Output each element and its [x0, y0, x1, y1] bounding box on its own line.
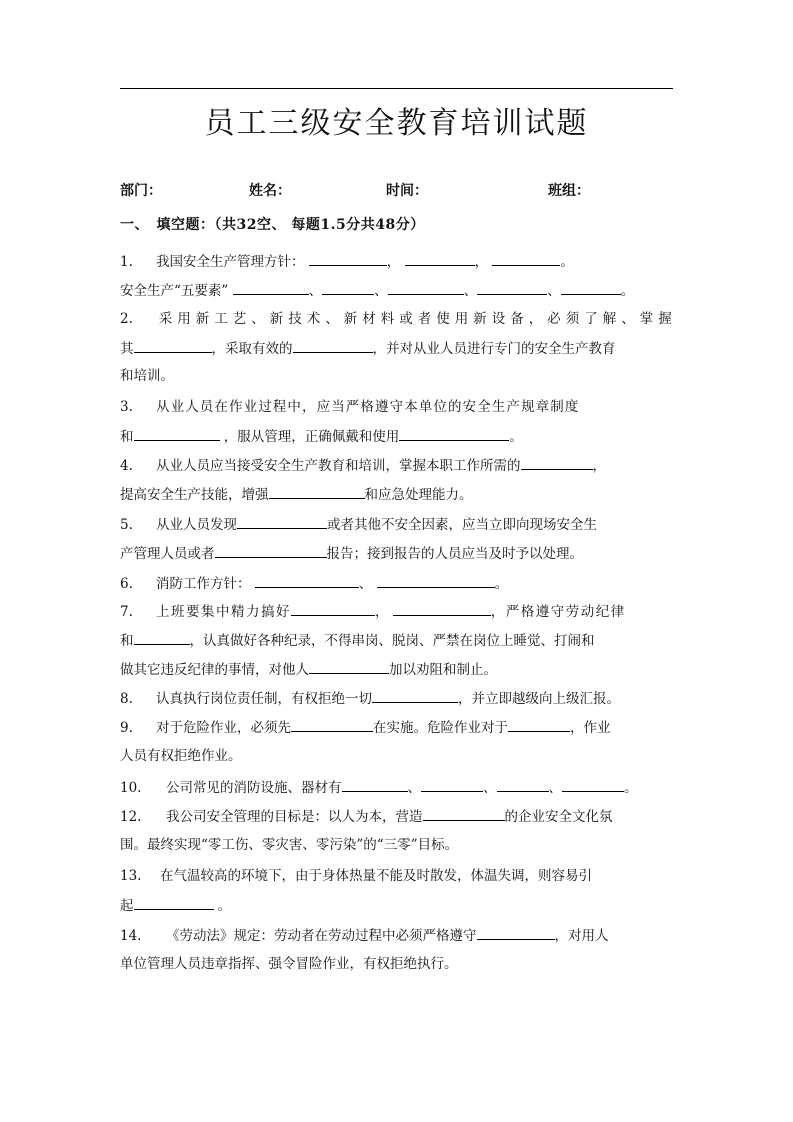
blank[interactable]: [134, 426, 220, 441]
text: 、: [464, 283, 478, 299]
text: 人员有权拒绝作业。: [120, 748, 242, 764]
blank[interactable]: [388, 280, 464, 295]
text: 加以劝阻和制止。: [389, 662, 497, 678]
question-number: 14.: [120, 926, 166, 946]
text: 对于危险作业，必须先: [156, 720, 291, 736]
text: 做其它违反纪律的事情，对他人: [120, 662, 309, 678]
blank[interactable]: [399, 426, 509, 441]
question-number: 3.: [120, 397, 156, 417]
text: ，: [375, 604, 389, 620]
blank[interactable]: [508, 717, 570, 732]
text: 报告；接到报告的人员应当及时予以处理。: [327, 546, 584, 562]
question-2: 2.采用新工艺、新技术、新材料或者使用新设备，必须了解、掌握: [120, 309, 674, 329]
text: 、: [549, 780, 563, 796]
question-number: 13.: [120, 866, 160, 886]
question-number: 9.: [120, 718, 156, 738]
question-number: 7.: [120, 602, 156, 622]
text: 上班要集中精力搞好: [156, 604, 291, 620]
text: 、: [547, 283, 561, 299]
blank[interactable]: [497, 777, 549, 792]
text: 采用新工艺、新技术、新材料或者使用新设备，必须了解、掌握: [156, 311, 674, 327]
blank[interactable]: [561, 280, 621, 295]
question-3: 3.从业人员在作业过程中，应当严格遵守本单位的安全生产规章制度: [120, 397, 674, 417]
text: ，作业: [570, 720, 611, 736]
question-1b: 安全生产“五要素” 、、、、。: [120, 280, 674, 301]
question-7-line-2: 和，认真做好各种纪录，不得串岗、脱岗、严禁在岗位上睡觉、打闹和: [120, 630, 674, 651]
text: 我国安全生产管理方针：: [156, 254, 305, 270]
page-title: 员工三级安全教育培训试题: [0, 98, 793, 142]
text: 和培训。: [120, 368, 174, 384]
question-14-line-2: 单位管理人员违章指挥、强令冒险作业，有权拒绝执行。: [120, 954, 674, 974]
blank[interactable]: [322, 280, 374, 295]
question-5-line-2: 产管理人员或者报告；接到报告的人员应当及时予以处理。: [120, 543, 674, 564]
blank[interactable]: [134, 630, 190, 645]
text: ，服从管理，正确佩戴和使用: [224, 429, 400, 445]
blank[interactable]: [477, 280, 547, 295]
question-9: 9.对于危险作业，必须先在实施。危险作业对于，作业: [120, 717, 674, 738]
question-9-line-2: 人员有权拒绝作业。: [120, 746, 674, 766]
text: ，: [475, 254, 489, 270]
text: 的企业安全文化氛: [505, 809, 613, 825]
text: 。: [509, 429, 523, 445]
blank[interactable]: [309, 659, 389, 674]
blank[interactable]: [492, 251, 560, 266]
text: 。: [624, 780, 638, 796]
text: 在气温较高的环境下，由于身体热量不能及时散发，体温失调，则容易引: [160, 868, 592, 884]
question-2-line-3: 和培训。: [120, 366, 674, 386]
blank[interactable]: [237, 514, 327, 529]
question-number: 10.: [120, 778, 166, 798]
text: 、: [374, 283, 388, 299]
question-12: 12.我公司安全管理的目标是：以人为本，营造的企业安全文化氛: [120, 806, 674, 827]
text: ，并立即越级向上级汇报。: [458, 691, 620, 707]
question-number: 1.: [120, 252, 156, 272]
section-heading: 一、 填空题：（共32空、 每题1.5分共48分）: [120, 214, 425, 234]
blank[interactable]: [291, 601, 375, 616]
text: 。: [560, 254, 574, 270]
text: 和: [120, 429, 134, 445]
question-3-line-2: 和 ，服从管理，正确佩戴和使用。: [120, 426, 674, 447]
text: 公司常见的消防设施、器材有: [166, 780, 342, 796]
blank[interactable]: [291, 717, 373, 732]
blank[interactable]: [293, 338, 373, 353]
text: 我公司安全管理的目标是：以人为本，营造: [166, 809, 423, 825]
blank[interactable]: [372, 688, 458, 703]
text: 。: [495, 576, 509, 592]
blank[interactable]: [342, 777, 408, 792]
blank[interactable]: [309, 251, 387, 266]
text: ，严格遵守劳动纪律: [491, 604, 626, 620]
question-5: 5.从业人员发现或者其他不安全因素，应当立即向现场安全生: [120, 514, 674, 535]
question-8: 8.认真执行岗位责任制，有权拒绝一切，并立即越级向上级汇报。: [120, 688, 674, 709]
field-time: 时间：: [386, 180, 428, 200]
question-number: 12.: [120, 807, 166, 827]
text: 安全生产“五要素”: [120, 283, 228, 299]
text: 、: [309, 283, 323, 299]
text: 从业人员发现: [156, 517, 237, 533]
text: 认真执行岗位责任制，有权拒绝一切: [156, 691, 372, 707]
text: 或者其他不安全因素，应当立即向现场安全生: [327, 517, 597, 533]
text: 。: [218, 898, 232, 914]
text: ，采取有效的: [212, 341, 293, 357]
question-13: 13.在气温较高的环境下，由于身体热量不能及时散发，体温失调，则容易引: [120, 866, 674, 886]
question-7-line-3: 做其它违反纪律的事情，对他人加以劝阻和制止。: [120, 659, 674, 680]
text: 消防工作方针：: [156, 576, 251, 592]
blank[interactable]: [233, 280, 309, 295]
text: ，: [593, 458, 607, 474]
text: 单位管理人员违章指挥、强令冒险作业，有权拒绝执行。: [120, 956, 458, 972]
text: 、: [408, 780, 422, 796]
question-14: 14.《劳动法》规定：劳动者在劳动过程中必须严格遵守，对用人: [120, 925, 674, 946]
field-team: 班组：: [548, 180, 590, 200]
header-rule: [120, 88, 673, 89]
blank[interactable]: [134, 895, 214, 910]
text: ，: [387, 254, 401, 270]
text: ，认真做好各种纪录，不得串岗、脱岗、严禁在岗位上睡觉、打闹和: [190, 633, 595, 649]
text: 《劳动法》规定：劳动者在劳动过程中必须严格遵守: [166, 928, 477, 944]
field-department: 部门：: [120, 180, 162, 200]
text: 起: [120, 898, 134, 914]
text: 提高安全生产技能，增强: [120, 487, 269, 503]
question-number: 4.: [120, 456, 156, 476]
text: 、: [483, 780, 497, 796]
question-2-line-2: 其，采取有效的，并对从业人员进行专门的安全生产教育: [120, 338, 674, 359]
blank[interactable]: [393, 601, 491, 616]
text: 从业人员应当接受安全生产教育和培训，掌握本职工作所需的: [156, 458, 521, 474]
question-4: 4.从业人员应当接受安全生产教育和培训，掌握本职工作所需的，: [120, 455, 674, 476]
question-6: 6.消防工作方针： 、 。: [120, 573, 674, 594]
text: 和: [120, 633, 134, 649]
question-13-line-2: 起 。: [120, 895, 674, 916]
blank[interactable]: [377, 573, 495, 588]
text: 。: [621, 283, 635, 299]
blank[interactable]: [134, 338, 212, 353]
question-1: 1.我国安全生产管理方针： ， ， 。: [120, 251, 674, 272]
text: 在实施。危险作业对于: [373, 720, 508, 736]
question-number: 2.: [120, 309, 156, 329]
text: 从业人员在作业过程中，应当严格遵守本单位的安全生产规章制度: [156, 399, 579, 415]
question-7: 7.上班要集中精力搞好， ，严格遵守劳动纪律: [120, 601, 674, 622]
question-4-line-2: 提高安全生产技能，增强和应急处理能力。: [120, 484, 674, 505]
text: ，对用人: [555, 928, 609, 944]
text: 其: [120, 341, 134, 357]
blank[interactable]: [405, 251, 475, 266]
text: ，并对从业人员进行专门的安全生产教育: [373, 341, 616, 357]
question-number: 6.: [120, 574, 156, 594]
blank[interactable]: [269, 484, 365, 499]
question-number: 8.: [120, 689, 156, 709]
blank[interactable]: [423, 806, 505, 821]
field-name: 姓名：: [249, 180, 291, 200]
text: 、: [359, 576, 373, 592]
blank[interactable]: [215, 543, 327, 558]
question-12-line-2: 围。最终实现“零工伤、零灾害、零污染”的“三零”目标。: [120, 835, 674, 855]
blank[interactable]: [562, 777, 624, 792]
blank[interactable]: [421, 777, 483, 792]
blank[interactable]: [477, 925, 555, 940]
text: 和应急处理能力。: [365, 487, 473, 503]
text: 产管理人员或者: [120, 546, 215, 562]
question-10: 10.公司常见的消防设施、器材有、、、。: [120, 777, 674, 798]
text: 围。最终实现“零工伤、零灾害、零污染”的“三零”目标。: [120, 837, 458, 853]
question-number: 5.: [120, 515, 156, 535]
blank[interactable]: [521, 455, 593, 470]
blank[interactable]: [255, 573, 359, 588]
